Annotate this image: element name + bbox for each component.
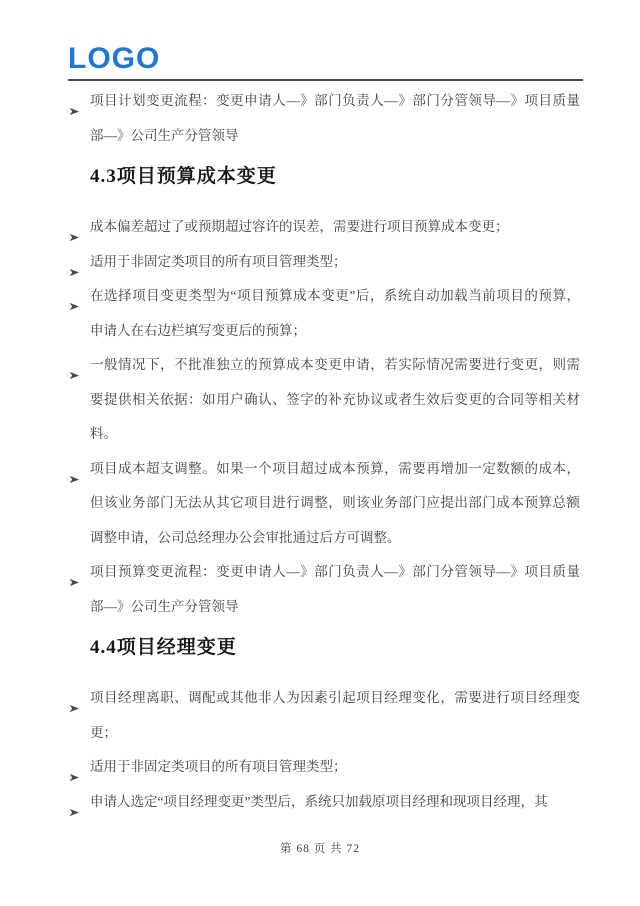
bullet-line: 成本偏差超过了或预期超过容许的误差，需要进行项目预算成本变更； (90, 210, 580, 245)
bullet-arrow-icon (69, 222, 80, 233)
bullet-line: 在选择项目变更类型为“项目预算成本变更”后，系统自动加载当前项目的预算， (90, 279, 580, 314)
bullet-arrow-icon (69, 464, 80, 475)
document-body: 项目计划变更流程：变更申请人—》部门负责人—》部门分管领导—》项目质量部—》公司… (0, 81, 640, 819)
bullet-line: 项目成本超支调整。如果一个项目超过成本预算，需要再增加一定数额的成本， (90, 452, 580, 487)
bullet-line: 调整申请，公司总经理办公会审批通过后方可调整。 (90, 521, 580, 556)
bullet-line: 项目计划变更流程：变更申请人—》部门负责人—》部门分管领导—》项目质量 (90, 84, 580, 119)
bullet-arrow-icon (69, 257, 80, 268)
bullet-item: 项目计划变更流程：变更申请人—》部门负责人—》部门分管领导—》项目质量部—》公司… (68, 84, 580, 153)
bullet-line: 一般情况下，不批准独立的预算成本变更申请，若实际情况需要进行变更，则需 (90, 348, 580, 383)
section-heading: 4.3项目预算成本变更 (90, 163, 640, 190)
bullet-arrow-icon (69, 291, 80, 302)
bullet-line: 但该业务部门无法从其它项目进行调整，则该业务部门应提出部门成本预算总额 (90, 486, 580, 521)
bullet-arrow-icon (69, 360, 80, 371)
bullet-item: 项目预算变更流程：变更申请人—》部门负责人—》部门分管领导—》项目质量部—》公司… (68, 555, 580, 624)
bullet-item: 项目经理离职、调配或其他非人为因素引起项目经理变化，需要进行项目经理变更； (68, 681, 580, 750)
bullet-arrow-icon (69, 693, 80, 704)
page-header: LOGO (0, 0, 640, 81)
bullet-line: 更； (90, 716, 580, 751)
bullet-arrow-icon (69, 96, 80, 107)
bullet-line: 申请人选定“项目经理变更”类型后，系统只加载原项目经理和现项目经理，其 (90, 785, 580, 820)
bullet-item: 项目成本超支调整。如果一个项目超过成本预算，需要再增加一定数额的成本，但该业务部… (68, 452, 580, 556)
section-heading: 4.4项目经理变更 (90, 634, 640, 661)
bullet-item: 适用于非固定类项目的所有项目管理类型； (68, 245, 580, 280)
document-page: LOGO 项目计划变更流程：变更申请人—》部门负责人—》部门分管领导—》项目质量… (0, 0, 640, 906)
bullet-line: 料。 (90, 417, 580, 452)
bullet-arrow-icon (69, 567, 80, 578)
bullet-line: 适用于非固定类项目的所有项目管理类型； (90, 245, 580, 280)
bullet-line: 项目经理离职、调配或其他非人为因素引起项目经理变化，需要进行项目经理变 (90, 681, 580, 716)
bullet-item: 申请人选定“项目经理变更”类型后，系统只加载原项目经理和现项目经理，其 (68, 785, 580, 820)
company-logo: LOGO (68, 44, 160, 74)
bullet-line: 部—》公司生产分管领导 (90, 119, 580, 154)
bullet-item: 一般情况下，不批准独立的预算成本变更申请，若实际情况需要进行变更，则需要提供相关… (68, 348, 580, 452)
bullet-arrow-icon (69, 762, 80, 773)
bullet-line: 申请人在右边栏填写变更后的预算； (90, 314, 580, 349)
bullet-arrow-icon (69, 797, 80, 808)
bullet-item: 适用于非固定类项目的所有项目管理类型； (68, 750, 580, 785)
bullet-item: 成本偏差超过了或预期超过容许的误差，需要进行项目预算成本变更； (68, 210, 580, 245)
bullet-item: 在选择项目变更类型为“项目预算成本变更”后，系统自动加载当前项目的预算，申请人在… (68, 279, 580, 348)
bullet-line: 适用于非固定类项目的所有项目管理类型； (90, 750, 580, 785)
bullet-line: 要提供相关依据：如用户确认、签字的补充协议或者生效后变更的合同等相关材 (90, 383, 580, 418)
page-footer: 第 68 页 共 72 (0, 840, 640, 856)
bullet-line: 项目预算变更流程：变更申请人—》部门负责人—》部门分管领导—》项目质量 (90, 555, 580, 590)
bullet-line: 部—》公司生产分管领导 (90, 590, 580, 625)
